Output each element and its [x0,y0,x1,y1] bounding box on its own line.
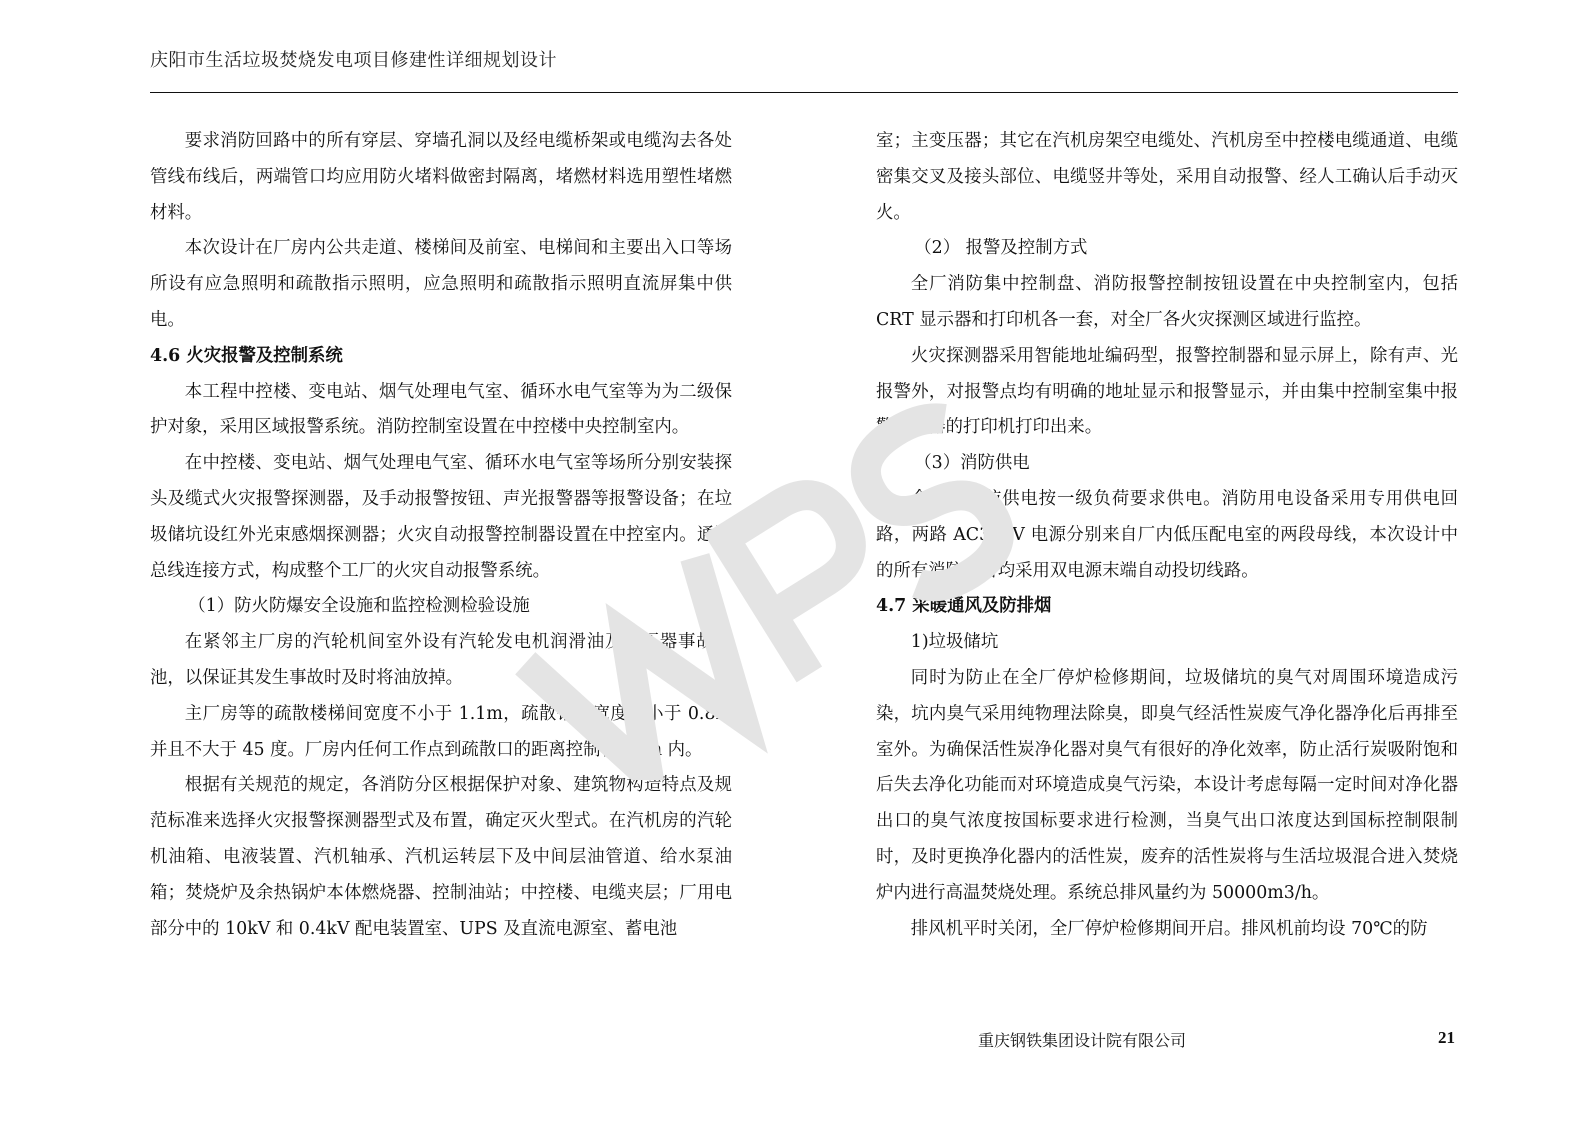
page-number: 21 [1438,1028,1455,1048]
paragraph: 全厂的消防供电按一级负荷要求供电。消防用电设备采用专用供电回路，两路 AC380… [876,482,1458,589]
paragraph: 在紧邻主厂房的汽轮机间室外设有汽轮发电机润滑油及变压器事故油池，以保证其发生事故… [150,625,732,697]
section-heading-4-7: 4.7 采暖通风及防排烟 [876,589,1458,625]
paragraph: 主厂房等的疏散楼梯间宽度不小于 1.1m，疏散钢梯宽度不小于 0.8m 并且不大… [150,697,732,769]
left-column: 要求消防回路中的所有穿层、穿墙孔洞以及经电缆桥架或电缆沟去各处管线布线后，两端管… [150,124,732,947]
subheading: 1)垃圾储坑 [876,625,1458,661]
paragraph: 本工程中控楼、变电站、烟气处理电气室、循环水电气室等为为二级保护对象，采用区域报… [150,375,732,447]
subheading: （3）消防供电 [876,446,1458,482]
header-divider [150,92,1458,93]
paragraph: 要求消防回路中的所有穿层、穿墙孔洞以及经电缆桥架或电缆沟去各处管线布线后，两端管… [150,124,732,231]
paragraph: 排风机平时关闭，全厂停炉检修期间开启。排风机前均设 70℃的防 [876,912,1458,948]
footer-company-name: 重庆钢铁集团设计院有限公司 [978,1028,1186,1051]
paragraph: 火灾探测器采用智能地址编码型，报警控制器和显示屏上，除有声、光报警外，对报警点均… [876,339,1458,446]
paragraph: 全厂消防集中控制盘、消防报警控制按钮设置在中央控制室内，包括 CRT 显示器和打… [876,267,1458,339]
right-column: 室；主变压器；其它在汽机房架空电缆处、汽机房至中控楼电缆通道、电缆密集交叉及接头… [876,124,1458,947]
paragraph: 根据有关规范的规定，各消防分区根据保护对象、建筑物构造特点及规范标准来选择火灾报… [150,768,732,947]
subheading: （1）防火防爆安全设施和监控检测检验设施 [150,589,732,625]
paragraph: 在中控楼、变电站、烟气处理电气室、循环水电气室等场所分别安装探头及缆式火灾报警探… [150,446,732,589]
section-heading-4-6: 4.6 火灾报警及控制系统 [150,339,732,375]
paragraph: 室；主变压器；其它在汽机房架空电缆处、汽机房至中控楼电缆通道、电缆密集交叉及接头… [876,124,1458,231]
paragraph: 本次设计在厂房内公共走道、楼梯间及前室、电梯间和主要出入口等场所设有应急照明和疏… [150,231,732,338]
subheading: （2） 报警及控制方式 [876,231,1458,267]
document-header-title: 庆阳市生活垃圾焚烧发电项目修建性详细规划设计 [150,46,557,72]
paragraph: 同时为防止在全厂停炉检修期间，垃圾储坑的臭气对周围环境造成污染，坑内臭气采用纯物… [876,661,1458,912]
